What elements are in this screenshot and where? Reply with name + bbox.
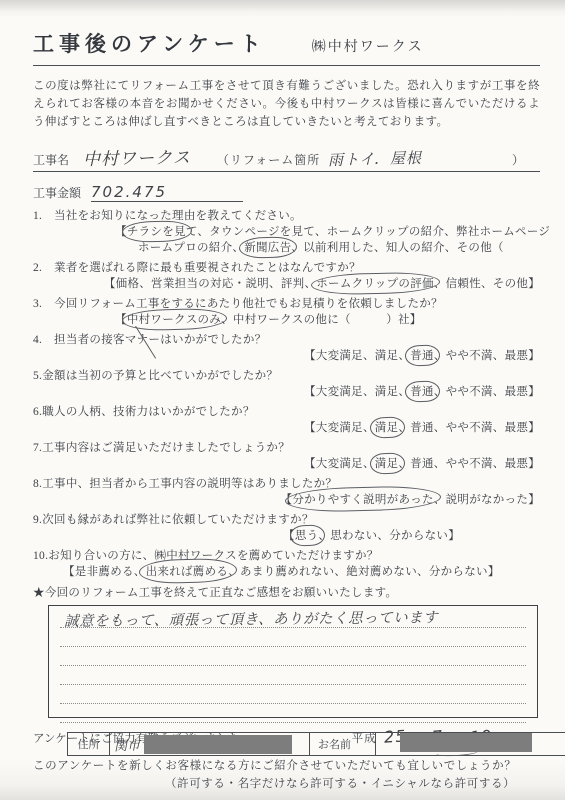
options-text: 、説明がなかった】 <box>434 494 540 506</box>
page-title: 工事後のアンケート <box>33 28 266 58</box>
question-8-text: 8.工事中、担当者から工事内容の説明等はありましたか？ <box>33 476 540 492</box>
reform-location-label: （リフォーム箇所 <box>217 151 320 168</box>
footer-permission-options: （許可する・名字だけなら許可する・イニシャルなら許可する） <box>33 775 553 791</box>
circled-answer-satisfied: 満足 <box>375 420 399 436</box>
circled-text: チラシを見 <box>127 226 186 238</box>
question-10-text: 10.お知り合いの方に、㈱中村ワークスを薦めていただけますか？ <box>33 548 540 564</box>
circled-text: 思う <box>295 530 319 542</box>
address-handwritten: 関市 <box>114 734 141 754</box>
circled-answer-normal: 普通 <box>410 348 434 364</box>
options-text: 【是非薦める、 <box>63 566 146 578</box>
question-6-text: 6.職人の人柄、技術力はいかがでしたか？ <box>33 404 540 420</box>
circled-answer-newspaper-ad: 新聞広告 <box>244 240 291 256</box>
project-amount-handwritten: 702.475 <box>91 183 167 201</box>
question-1-text: 1. 当社をお知りになった理由を教えてください。 <box>33 208 540 224</box>
question-5-options: 【大変満足、満足、普通、やや不満、最悪】 <box>33 384 540 400</box>
question-1-options-line1: 【チラシを見て、タウンページを見て、ホームクリップの紹介、弊社ホームページ <box>115 224 540 240</box>
options-text: 、以前利用した、知人の紹介、その他（ ）】 <box>291 242 565 254</box>
options-text: 【価格、営業担当の対応・説明、評判、 <box>104 278 316 290</box>
circled-text: 新聞広告 <box>244 242 291 254</box>
address-redaction-block <box>144 735 292 754</box>
project-name-label: 工事名 <box>33 151 69 168</box>
question-4-options: 【大変満足、満足、普通、やや不満、最悪】 <box>33 348 540 364</box>
address-label: 住所 <box>68 733 110 755</box>
project-amount-row: 工事金額 702.475 <box>33 183 540 202</box>
circled-answer-would-use-again: 思う <box>295 528 319 544</box>
options-text: 、普通、やや不満、最悪】 <box>398 422 540 434</box>
options-text: 、信頼性、その他】 <box>434 278 540 290</box>
circled-text: 満足 <box>375 458 399 470</box>
question-9: 9.次回も縁があれば弊社に依頼していただけますか？ 【思う、思わない、分からない… <box>33 512 540 544</box>
question-9-text: 9.次回も縁があれば弊社に依頼していただけますか？ <box>33 512 540 528</box>
circled-answer-recommend-if-possible: 出来れば薦める <box>146 564 229 580</box>
options-text: 【 <box>115 314 127 326</box>
question-4: 4. 担当者の接客マナーはいかがでしたか？ 【大変満足、満足、普通、やや不満、最… <box>33 332 540 364</box>
options-text: 、あまり薦めれない、絶対薦めない、分からない】 <box>228 566 499 578</box>
question-3-options: 【中村ワークスのみ、中村ワークスの他に（ ）社】 <box>115 312 540 328</box>
scanned-questionnaire-page: 工事後のアンケート ㈱中村ワークス この度は弊社にてリフォーム工事をさせて頂き有… <box>0 0 565 800</box>
footer-question: このアンケートを新しくお客様になる方にご紹介させていただいても宜しいでしょうか？ <box>33 757 553 773</box>
circled-text: 普通 <box>410 386 434 398</box>
comment-line-5 <box>60 685 526 704</box>
question-8-options: 【分かりやすく説明があった、説明がなかった】 <box>33 492 540 508</box>
options-text: 、普通、やや不満、最悪】 <box>398 458 540 470</box>
comment-line-3 <box>60 647 526 666</box>
circled-text: 出来れば薦める <box>146 566 229 578</box>
options-text: 【大変満足、 <box>304 422 375 434</box>
project-amount-label: 工事金額 <box>33 184 81 201</box>
options-text: て、タウンページを見て、ホームクリップの紹介、弊社ホームページ <box>186 226 550 238</box>
circled-answer-clear-explanation: 分かりやすく説明があった <box>292 492 433 508</box>
question-9-options: 【思う、思わない、分からない】 <box>283 528 540 544</box>
question-10: 10.お知り合いの方に、㈱中村ワークスを薦めていただけますか？ 【是非薦める、出… <box>33 548 540 580</box>
address-value-cell: 関市 <box>110 733 310 755</box>
options-text: 【 <box>283 530 295 542</box>
question-8: 8.工事中、担当者から工事内容の説明等はありましたか？ 【分かりやすく説明があっ… <box>33 476 540 508</box>
circled-text: 中村ワークスのみ <box>127 314 221 326</box>
header: 工事後のアンケート ㈱中村ワークス <box>33 28 540 66</box>
comment-box: 誠意をもって、頑張って頂き、ありがたく思っています <box>48 605 538 718</box>
company-name: ㈱中村ワークス <box>312 36 424 56</box>
options-text: 【大変満足、満足、 <box>304 350 410 362</box>
reform-close-paren: ） <box>512 151 524 168</box>
circled-answer-homeclip-rating: ホームクリップの評価 <box>316 276 434 292</box>
name-value-cell <box>376 733 565 755</box>
question-2-text: 2. 業者を選ばれる際に最も重要視されたことはなんですか？ <box>33 260 540 276</box>
question-7-options: 【大変満足、満足、普通、やや不満、最悪】 <box>33 456 540 472</box>
circled-text: 分かりやすく説明があった <box>292 494 433 506</box>
options-text: 【 <box>115 226 127 238</box>
circled-text: 満足 <box>375 422 399 434</box>
question-6-options: 【大変満足、満足、普通、やや不満、最悪】 <box>33 420 540 436</box>
question-7-text: 7.工事内容はご満足いただけましたでしょうか？ <box>33 440 540 456</box>
circled-text: 普通 <box>410 350 434 362</box>
question-2: 2. 業者を選ばれる際に最も重要視されたことはなんですか？ 【価格、営業担当の対… <box>33 260 540 292</box>
question-2-options: 【価格、営業担当の対応・説明、評判、ホームクリップの評価、信頼性、その他】 <box>33 276 540 292</box>
question-3-text: 3. 今回リフォーム工事をするにあたり他社でもお見積りを依頼しましたか？ <box>33 296 540 312</box>
project-name-row: 工事名 中村ワークス （リフォーム箇所 雨トイ．屋根 ） <box>33 144 540 172</box>
options-text: 、やや不満、最悪】 <box>434 386 540 398</box>
circled-answer-flyer: チラシを見 <box>127 224 186 240</box>
options-text: ホームプロの紹介、 <box>138 242 244 254</box>
circled-answer-nakamura-only: 中村ワークスのみ <box>127 312 221 328</box>
question-6: 6.職人の人柄、技術力はいかがでしたか？ 【大変満足、満足、普通、やや不満、最悪… <box>33 404 540 436</box>
intro-paragraph: この度は弊社にてリフォーム工事をさせて頂き有難うございました。恐れ入りますが工事… <box>33 77 540 131</box>
comment-line-1: 誠意をもって、頑張って頂き、ありがたく思っています <box>60 609 526 628</box>
comment-line-2 <box>60 628 526 647</box>
reform-location-handwritten: 雨トイ．屋根 <box>328 147 422 170</box>
question-1-options-line2: ホームプロの紹介、新聞広告、以前利用した、知人の紹介、その他（ ）】 <box>138 240 540 256</box>
options-text: 、思わない、分からない】 <box>318 530 460 542</box>
name-label: お名前 <box>310 733 376 755</box>
question-3: 3. 今回リフォーム工事をするにあたり他社でもお見積りを依頼しましたか？ 【中村… <box>33 296 540 328</box>
circled-answer-normal: 普通 <box>410 384 434 400</box>
options-text: 、中村ワークスの他に（ ）社】 <box>221 314 421 326</box>
question-5: 5.金額は当初の予算と比べていかがでしたか？ 【大変満足、満足、普通、やや不満、… <box>33 368 540 400</box>
options-text: 【大変満足、 <box>304 458 375 470</box>
page-content: 工事後のアンケート ㈱中村ワークス この度は弊社にてリフォーム工事をさせて頂き有… <box>33 28 540 746</box>
question-7: 7.工事内容はご満足いただけましたでしょうか？ 【大変満足、満足、普通、やや不満… <box>33 440 540 472</box>
comment-line-6 <box>60 704 526 723</box>
comment-line-4 <box>60 666 526 685</box>
question-5-text: 5.金額は当初の予算と比べていかがでしたか？ <box>33 368 540 384</box>
free-comment-prompt: ★今回のリフォーム工事を終えて正直なご感想をお願いいたします。 <box>33 584 540 600</box>
question-1: 1. 当社をお知りになった理由を教えてください。 【チラシを見て、タウンページを… <box>33 208 540 256</box>
question-4-text: 4. 担当者の接客マナーはいかがでしたか？ <box>33 332 540 348</box>
amount-underline: 702.475 <box>91 183 243 202</box>
options-text: 、やや不満、最悪】 <box>434 350 540 362</box>
question-list: 1. 当社をお知りになった理由を教えてください。 【チラシを見て、タウンページを… <box>33 208 540 580</box>
question-10-options: 【是非薦める、出来れば薦める、あまり薦めれない、絶対薦めない、分からない】 <box>63 564 540 580</box>
options-text: 【 <box>281 494 293 506</box>
circled-text: ホームクリップの評価 <box>316 278 434 290</box>
circled-answer-satisfied: 満足 <box>375 456 399 472</box>
options-text: 【大変満足、満足、 <box>304 386 410 398</box>
footer: このアンケートを新しくお客様になる方にご紹介させていただいても宜しいでしょうか？… <box>33 753 553 791</box>
project-name-handwritten: 中村ワークス <box>83 143 191 170</box>
